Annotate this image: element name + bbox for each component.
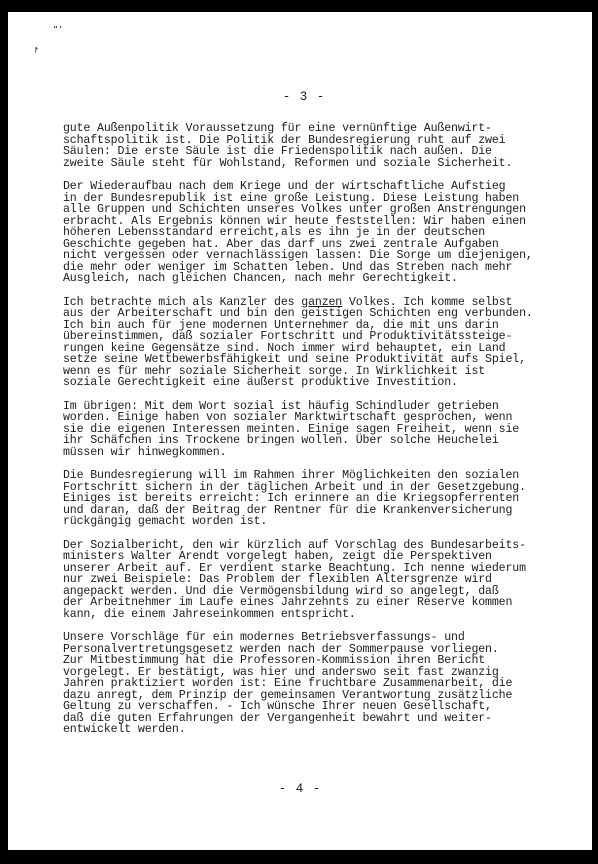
- paragraph: Im übrigen: Mit dem Wort sozial ist häuf…: [63, 401, 583, 459]
- text-line: nur zwei Beispiele: Das Problem der flex…: [63, 574, 583, 586]
- text-line: Zur Mitbestimmung hat die Professoren-Ko…: [63, 655, 583, 667]
- page-number-top: - 3 -: [8, 90, 592, 104]
- text-line: aus der Arbeiterschaft und bin den geist…: [63, 308, 583, 320]
- text-line: kann, die einem Jahreseinkommen entspric…: [63, 609, 583, 621]
- paragraph: Unsere Vorschläge für ein modernes Betri…: [63, 632, 583, 736]
- text-line: Unsere Vorschläge für ein modernes Betri…: [63, 632, 583, 644]
- text-line: Ausgleich, nach gleichen Chancen, nach m…: [63, 273, 583, 285]
- text-line: entwickelt werden.: [63, 724, 583, 736]
- text-line: Einiges ist bereits erreicht: Ich erinne…: [63, 493, 583, 505]
- margin-mark: ”’: [53, 26, 63, 34]
- text-line: Geltung zu verschaffen. - Ich wünsche Ih…: [63, 701, 583, 713]
- text-line: rückgängig gemacht worden ist.: [63, 516, 583, 528]
- paragraph: Ich betrachte mich als Kanzler des ganze…: [63, 297, 583, 389]
- document-page: ”’ ↗ - 3 - gute Außenpolitik Voraussetzu…: [8, 12, 592, 850]
- text-line: ministers Walter Arendt vorgelegt haben,…: [63, 551, 583, 563]
- text-line: höheren Lebensstandard erreicht,als es i…: [63, 227, 583, 239]
- text-line: Säulen: Die erste Säule ist die Friedens…: [63, 146, 583, 158]
- document-body: gute Außenpolitik Voraussetzung für eine…: [63, 123, 583, 748]
- margin-mark: ↗: [31, 45, 40, 55]
- paragraph: Der Wiederaufbau nach dem Kriege und der…: [63, 181, 583, 285]
- text-line: Jahren praktiziert worden ist: Eine fruc…: [63, 678, 583, 690]
- page-number-bottom: - 4 -: [8, 782, 592, 796]
- text-line: Der Wiederaufbau nach dem Kriege und der…: [63, 181, 583, 193]
- text-line: nicht vergessen oder vernachlässigen las…: [63, 250, 583, 262]
- paragraph: Die Bundesregierung will im Rahmen ihrer…: [63, 470, 583, 528]
- text-line: ihr Schäfchen ins Trockene bringen wolle…: [63, 435, 583, 447]
- text-line: übereinstimmen, daß sozialer Fortschritt…: [63, 331, 583, 343]
- text-line: worden. Einige haben von sozialer Marktw…: [63, 412, 583, 424]
- text-line: alle Gruppen und Schichten unseres Volke…: [63, 204, 583, 216]
- text-line: gute Außenpolitik Voraussetzung für eine…: [63, 123, 583, 135]
- text-line: müssen wir hinwegkommen.: [63, 447, 583, 459]
- text-line: zweite Säule steht für Wohlstand, Reform…: [63, 158, 583, 170]
- text-line: der Arbeitnehmer im Laufe eines Jahrzehn…: [63, 597, 583, 609]
- paragraph: gute Außenpolitik Voraussetzung für eine…: [63, 123, 583, 169]
- text-line: soziale Gerechtigkeit eine äußerst produ…: [63, 377, 583, 389]
- paragraph: Der Sozialbericht, den wir kürzlich auf …: [63, 540, 583, 621]
- text-line: setze seine Wettbewerbsfähigkeit und sei…: [63, 354, 583, 366]
- text-line: Die Bundesregierung will im Rahmen ihrer…: [63, 470, 583, 482]
